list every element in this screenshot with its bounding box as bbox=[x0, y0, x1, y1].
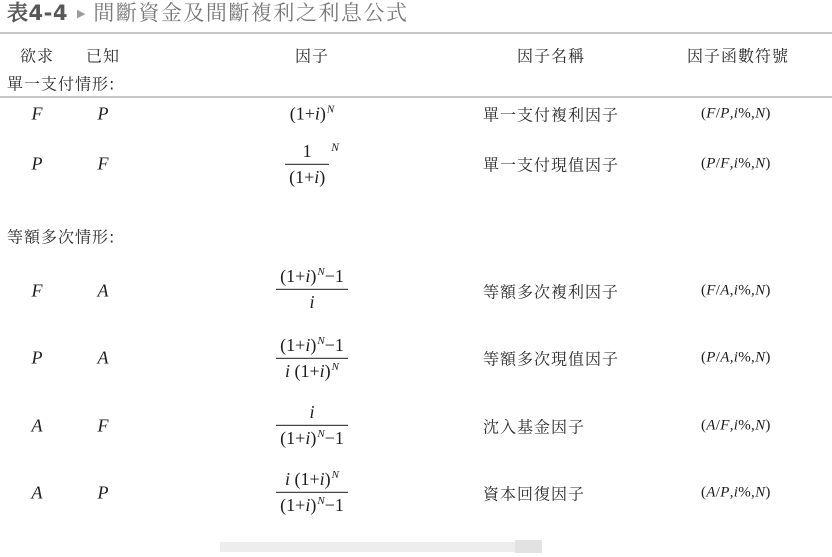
cell-factor-name: 等額多次現值因子 bbox=[483, 347, 619, 370]
ghost-text-band bbox=[220, 542, 516, 552]
table-title: 間斷資金及間斷複利之利息公式 bbox=[93, 0, 408, 27]
fraction-denominator: (1+i)N−1 bbox=[276, 425, 348, 449]
cell-given: A bbox=[80, 281, 126, 302]
fraction-numerator: (1+i)N−1 bbox=[276, 266, 348, 289]
section-single-payment: 單一支付情形: bbox=[7, 72, 115, 95]
fraction: i(1+i)N−1 bbox=[276, 402, 348, 448]
factor-symbol: (F/P,i%,N) bbox=[701, 106, 771, 122]
cell-factor-symbol: (F/A,i%,N) bbox=[701, 283, 771, 300]
cell-given: F bbox=[80, 154, 126, 175]
formula-expression: (1+i)N bbox=[290, 104, 335, 124]
cell-factor-name: 資本回復因子 bbox=[483, 482, 585, 505]
cell-factor-formula: (1+i)N bbox=[228, 104, 396, 125]
cell-factor-name: 等額多次複利因子 bbox=[483, 280, 619, 303]
document-page: 表4-4 ▶ 間斷資金及間斷複利之利息公式 欲求 已知 因子 因子名稱 因子函數… bbox=[0, 0, 832, 557]
cell-factor-formula: 1(1+i)N bbox=[228, 141, 396, 187]
fraction: i (1+i)N(1+i)N−1 bbox=[276, 469, 348, 515]
fraction-numerator: i (1+i)N bbox=[276, 469, 348, 492]
cell-factor-name: 單一支付現值因子 bbox=[483, 153, 619, 176]
fraction-numerator: (1+i)N−1 bbox=[276, 335, 348, 358]
cell-factor-symbol: (F/P,i%,N) bbox=[701, 106, 771, 123]
cell-factor-formula: i (1+i)N(1+i)N−1 bbox=[228, 469, 396, 515]
section-uniform-series: 等額多次情形: bbox=[7, 225, 115, 248]
factor-symbol: (P/A,i%,N) bbox=[701, 350, 771, 366]
cell-given: P bbox=[80, 104, 126, 125]
cell-to-find: A bbox=[16, 416, 58, 437]
col-header-factor-symbol: 因子函數符號 bbox=[687, 44, 789, 67]
fraction-exponent: N bbox=[331, 142, 339, 154]
factor-symbol: (A/P,i%,N) bbox=[701, 485, 771, 501]
fraction-denominator: (1+i)N−1 bbox=[276, 492, 348, 516]
cell-given: P bbox=[80, 483, 126, 504]
cell-to-find: P bbox=[16, 348, 58, 369]
cell-to-find: F bbox=[16, 104, 58, 125]
cell-factor-symbol: (A/F,i%,N) bbox=[701, 418, 771, 435]
cell-factor-name: 沈入基金因子 bbox=[483, 415, 585, 438]
fraction: (1+i)N−1i bbox=[276, 266, 348, 312]
col-header-factor-name: 因子名稱 bbox=[517, 44, 585, 67]
cell-given: A bbox=[80, 348, 126, 369]
fraction-denominator: i bbox=[276, 289, 348, 313]
factor-symbol: (F/A,i%,N) bbox=[701, 283, 771, 299]
divider-header bbox=[0, 96, 832, 98]
cell-factor-formula: i(1+i)N−1 bbox=[228, 402, 396, 448]
table-caption: 表4-4 ▶ 間斷資金及間斷複利之利息公式 bbox=[7, 0, 408, 27]
divider-top bbox=[0, 32, 832, 34]
cell-to-find: A bbox=[16, 483, 58, 504]
fraction-numerator: 1 bbox=[285, 141, 329, 164]
fraction-numerator: i bbox=[276, 402, 348, 425]
fraction-denominator: i (1+i)N bbox=[276, 358, 348, 382]
cell-factor-symbol: (A/P,i%,N) bbox=[701, 485, 771, 502]
cell-to-find: F bbox=[16, 281, 58, 302]
ghost-text-band bbox=[515, 540, 542, 553]
cell-factor-name: 單一支付複利因子 bbox=[483, 103, 619, 126]
col-header-given: 已知 bbox=[80, 44, 126, 67]
cell-factor-formula: (1+i)N−1i (1+i)N bbox=[228, 335, 396, 381]
cell-given: F bbox=[80, 416, 126, 437]
fraction-denominator: (1+i) bbox=[285, 164, 329, 188]
factor-symbol: (A/F,i%,N) bbox=[701, 418, 771, 434]
cell-factor-symbol: (P/A,i%,N) bbox=[701, 350, 771, 367]
table-number: 表4-4 bbox=[7, 0, 68, 27]
col-header-to-find: 欲求 bbox=[16, 44, 58, 67]
factor-symbol: (P/F,i%,N) bbox=[701, 156, 771, 172]
caption-arrow-icon: ▶ bbox=[77, 7, 85, 20]
cell-to-find: P bbox=[16, 154, 58, 175]
fraction: 1(1+i) bbox=[285, 141, 329, 187]
cell-factor-formula: (1+i)N−1i bbox=[228, 266, 396, 312]
cell-factor-symbol: (P/F,i%,N) bbox=[701, 156, 771, 173]
fraction: (1+i)N−1i (1+i)N bbox=[276, 335, 348, 381]
col-header-factor: 因子 bbox=[228, 44, 396, 67]
